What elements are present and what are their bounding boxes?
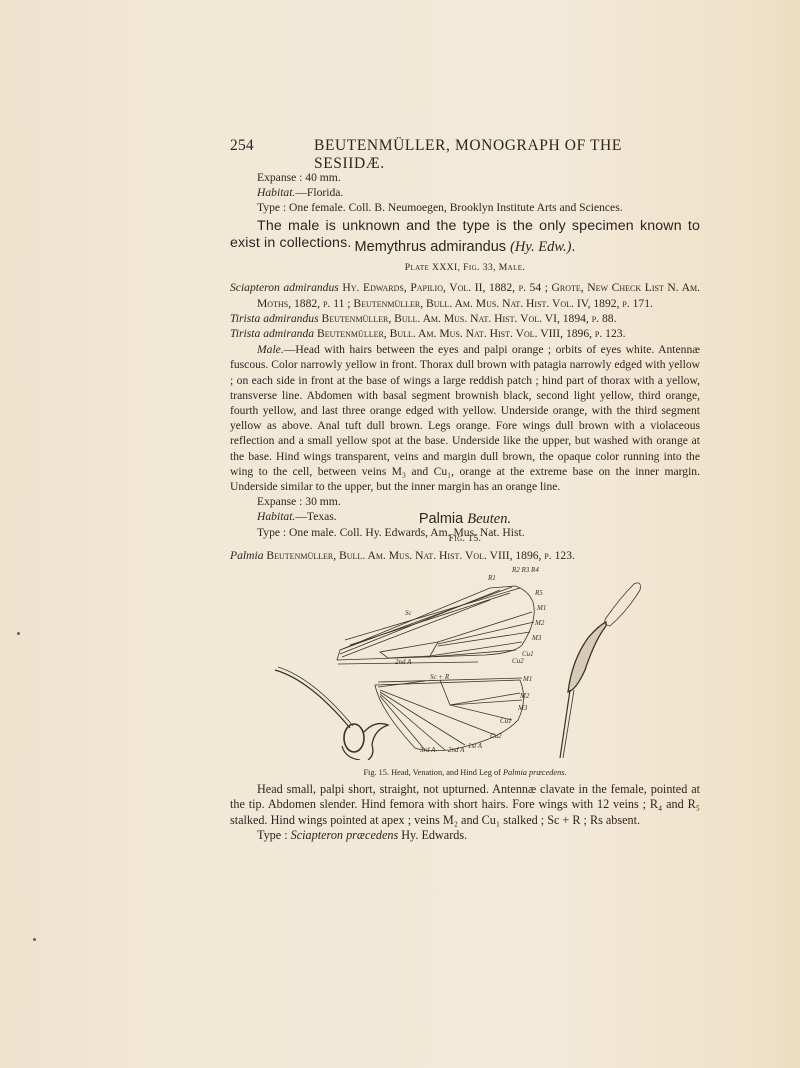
forewing-venation-drawing: [337, 586, 534, 664]
male-description: Male.—Head with hairs between the eyes a…: [230, 342, 700, 494]
document-page: 254 BEUTENMÜLLER, MONOGRAPH OF THE SESII…: [0, 0, 800, 1068]
svg-text:M3: M3: [517, 704, 528, 712]
plate-reference: Plate XXXI, Fig. 33, Male.: [230, 260, 700, 275]
description-text: —Head with hairs between the eyes and pa…: [230, 343, 700, 493]
svg-text:R1: R1: [487, 574, 496, 582]
synonym-citation: Beutenmüller, Bull. Am. Mus. Nat. Hist. …: [314, 327, 625, 340]
expanse-line: Expanse : 30 mm.: [230, 494, 700, 509]
type-label: Type :: [257, 828, 291, 842]
palmia-description-section: Head small, palpi short, straight, not u…: [230, 782, 700, 844]
figure-caption: Fig. 15. Head, Venation, and Hind Leg of…: [230, 765, 700, 780]
svg-text:Cu2: Cu2: [490, 732, 502, 740]
svg-text:R5: R5: [534, 589, 543, 597]
svg-text:M1: M1: [536, 604, 546, 612]
type-author: Hy. Edwards.: [398, 828, 467, 842]
figure-15-illustration: ScR1R2 R3 R4 R5M1M2M3 Cu1Cu22nd A Sc + R…: [250, 560, 670, 760]
synonym-entry: Tirista admirandus Beutenmüller, Bull. A…: [230, 311, 700, 326]
svg-text:M3: M3: [531, 634, 542, 642]
genus-author: Beuten.: [467, 511, 511, 527]
palmia-section: Palmia Beuten. Fig. 15. Palmia Beutenmül…: [230, 512, 700, 564]
svg-text:R2 R3 R4: R2 R3 R4: [511, 566, 539, 574]
synonym-entry: Sciapteron admirandus Hy. Edwards, Papil…: [230, 280, 700, 310]
paper-speck: [33, 938, 36, 941]
male-label: Male.: [257, 343, 284, 356]
expanse-line: Expanse : 40 mm.: [230, 170, 700, 185]
genus-title: Palmia Beuten.: [230, 512, 700, 527]
synonym-name: Sciapteron admirandus: [230, 281, 339, 294]
hind-leg-drawing: [560, 583, 640, 758]
paper-speck: [17, 632, 20, 635]
caption-text: Fig. 15. Head, Venation, and Hind Leg of: [363, 768, 503, 777]
figure-reference: Fig. 15.: [230, 531, 700, 546]
head-and-antenna-drawing: [275, 667, 388, 760]
svg-text:M1: M1: [522, 675, 532, 683]
svg-text:Sc + R: Sc + R: [430, 673, 450, 681]
habitat-line: Habitat.—Florida.: [230, 185, 700, 200]
memythrus-section: Memythrus admirandus (Hy. Edw.). Plate X…: [230, 240, 700, 540]
habitat-value: —Florida.: [295, 186, 343, 199]
svg-text:1st A: 1st A: [468, 742, 483, 750]
svg-text:2nd A: 2nd A: [395, 658, 412, 666]
page-number: 254: [230, 137, 254, 155]
synonym-name: Tirista admirandus: [230, 312, 319, 325]
synonymy-list: Sciapteron admirandus Hy. Edwards, Papil…: [230, 280, 700, 341]
type-line: Type : One female. Coll. B. Neumoegen, B…: [230, 200, 700, 215]
genus-name: Palmia: [419, 511, 467, 527]
svg-text:Cu1: Cu1: [522, 650, 534, 658]
svg-text:Cu2: Cu2: [512, 657, 524, 665]
svg-text:Cu1: Cu1: [500, 717, 512, 725]
running-title: BEUTENMÜLLER, MONOGRAPH OF THE SESIIDÆ.: [314, 137, 690, 173]
species-title: Memythrus admirandus (Hy. Edw.).: [230, 240, 700, 255]
species-author: (Hy. Edw.): [510, 239, 571, 255]
synonym-name: Tirista admiranda: [230, 327, 314, 340]
svg-text:2nd A: 2nd A: [448, 746, 465, 754]
caption-species: Palmia præcedens.: [503, 768, 567, 777]
svg-text:Sc: Sc: [405, 609, 413, 617]
svg-text:M2: M2: [519, 692, 530, 700]
type-line: Type : Sciapteron præcedens Hy. Edwards.: [230, 828, 700, 843]
species-name: Memythrus admirandus: [355, 239, 511, 255]
svg-text:M2: M2: [534, 619, 545, 627]
title-period: .: [571, 239, 575, 255]
synonym-entry: Tirista admiranda Beutenmüller, Bull. Am…: [230, 326, 700, 341]
type-species: Sciapteron præcedens: [291, 828, 399, 842]
genus-description: Head small, palpi short, straight, not u…: [230, 782, 700, 828]
habitat-label: Habitat.: [257, 186, 295, 199]
svg-text:3rd A: 3rd A: [419, 746, 436, 754]
synonym-citation: Beutenmüller, Bull. Am. Mus. Nat. Hist. …: [319, 312, 617, 325]
